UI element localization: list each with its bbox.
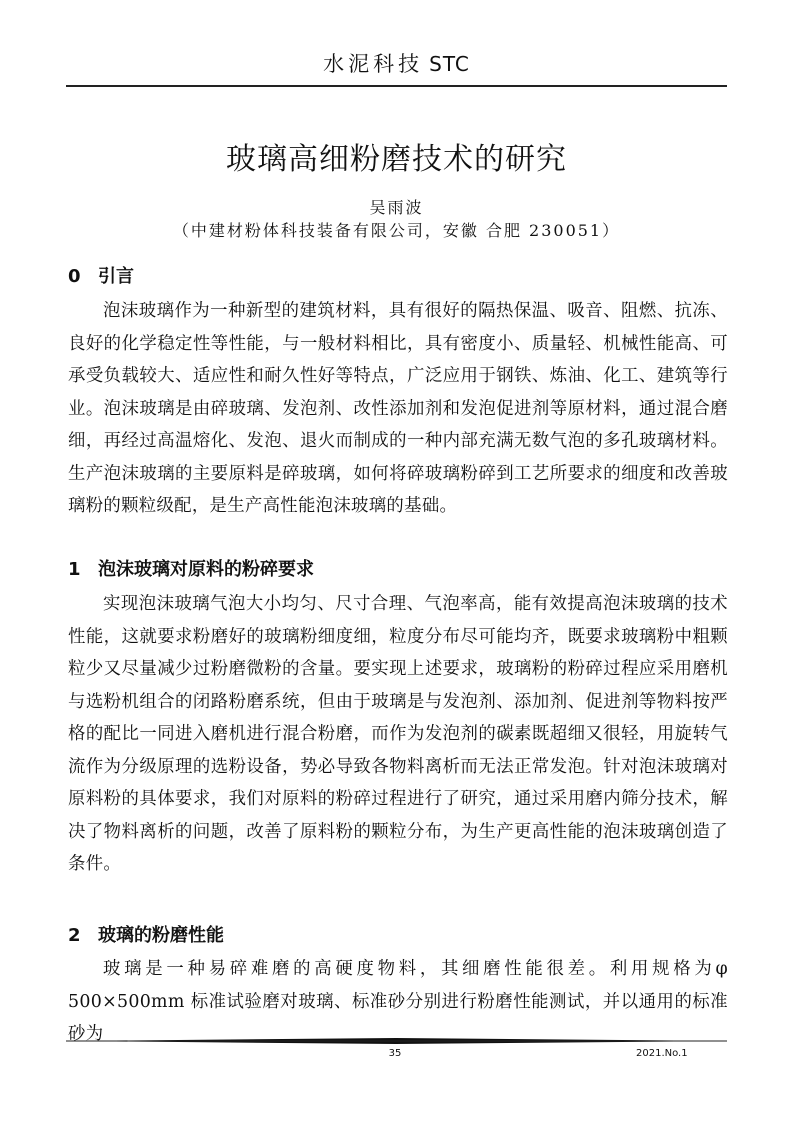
section-heading-1: 1泡沫玻璃对原料的粉碎要求 [68, 555, 728, 581]
article-title: 玻璃高细粉磨技术的研究 [0, 134, 793, 178]
footer-rule [66, 1038, 727, 1044]
section-heading-0: 0引言 [68, 262, 728, 288]
article-author: 吴雨波 [0, 195, 793, 218]
paragraph: 玻璃是一种易碎难磨的高硬度物料，其细磨性能很差。利用规格为φ 500×500mm… [68, 953, 728, 1051]
section-number: 1 [68, 559, 98, 580]
article-affiliation: （中建材粉体科技装备有限公司，安徽 合肥 230051） [0, 218, 793, 241]
paragraph: 泡沫玻璃作为一种新型的建筑材料，具有很好的隔热保温、吸音、阻燃、抗冻、良好的化学… [68, 295, 728, 523]
running-header: 水泥科技STC [0, 48, 793, 78]
journal-name: 水泥科技 [323, 52, 423, 76]
section-heading-2: 2玻璃的粉磨性能 [68, 921, 728, 947]
paragraph: 实现泡沫玻璃气泡大小均匀、尺寸合理、气泡率高，能有效提高泡沫玻璃的技术性能，这就… [68, 588, 728, 881]
journal-abbrev: STC [429, 52, 470, 76]
section-number: 0 [68, 266, 98, 287]
header-rule [66, 85, 727, 87]
page-number: 35 [370, 1048, 420, 1059]
section-title: 泡沫玻璃对原料的粉碎要求 [98, 559, 314, 580]
section-title: 引言 [98, 266, 134, 287]
section-number: 2 [68, 925, 98, 946]
section-title: 玻璃的粉磨性能 [98, 925, 224, 946]
issue-label: 2021.No.1 [636, 1048, 688, 1059]
